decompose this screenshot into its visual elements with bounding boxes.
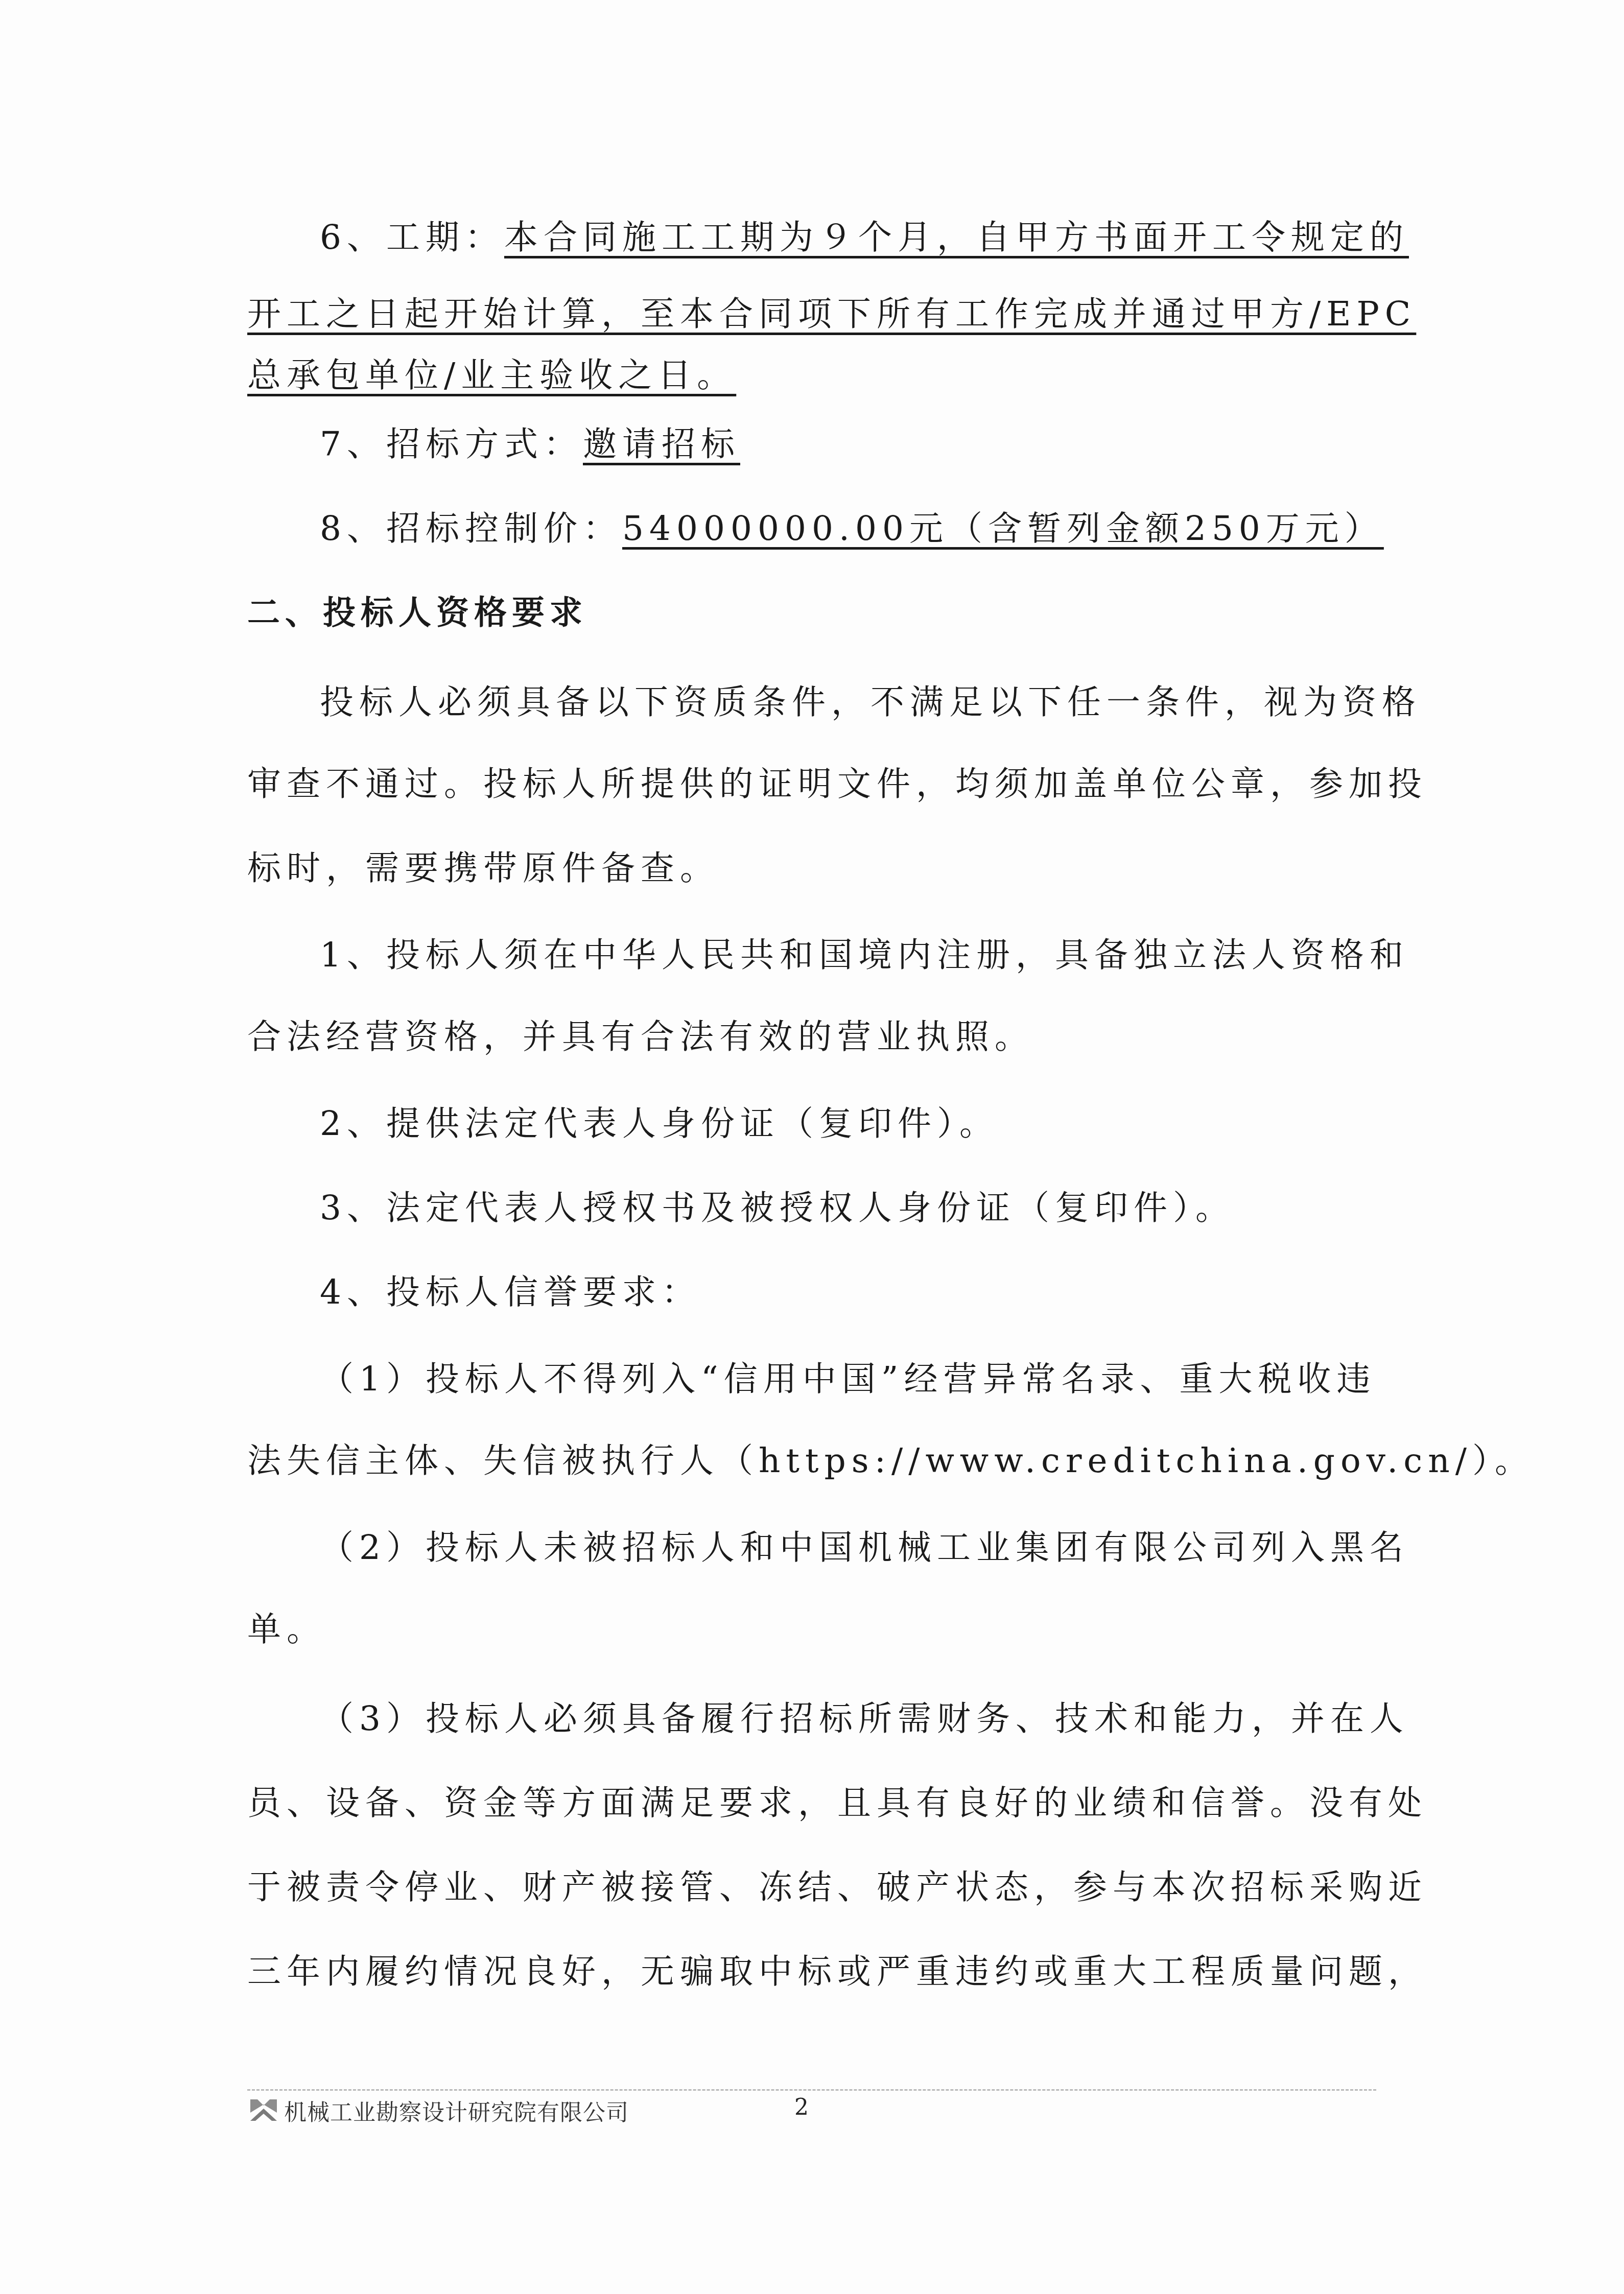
item-6-line-1: 6、工期：本合同施工工期为９个月，自甲方书面开工令规定的 xyxy=(320,215,1409,261)
requirement-1-line-2: 合法经营资格，并具有合法有效的营业执照。 xyxy=(247,1014,1034,1060)
item-7: 7、招标方式：邀请招标 xyxy=(320,421,740,467)
item-7-value: 邀请招标 xyxy=(583,424,740,464)
item-6-label: 6、工期： xyxy=(320,218,504,257)
intro-line-1: 投标人必须具备以下资质条件，不满足以下任一条件，视为资格 xyxy=(320,679,1421,725)
item-6-value-line-1: 本合同施工工期为９个月，自甲方书面开工令规定的 xyxy=(504,218,1409,257)
item-6-line-2: 开工之日起开始计算，至本合同项下所有工作完成并通过甲方/EPC xyxy=(247,291,1416,337)
sub-requirement-3-line-4: 三年内履约情况良好，无骗取中标或严重违约或重大工程质量问题， xyxy=(247,1949,1427,1995)
company-logo-icon xyxy=(248,2097,279,2123)
sub-requirement-3-line-2: 员、设备、资金等方面满足要求，且具有良好的业绩和信誉。没有处 xyxy=(247,1780,1427,1826)
requirement-2: 2、提供法定代表人身份证（复印件）。 xyxy=(320,1101,999,1147)
sub-requirement-3-line-3: 于被责令停业、财产被接管、冻结、破产状态，参与本次招标采购近 xyxy=(247,1864,1427,1910)
sub-requirement-1-line-1: （1）投标人不得列入“信用中国”经营异常名录、重大税收违 xyxy=(320,1356,1376,1402)
requirement-3: 3、法定代表人授权书及被授权人身份证（复印件）。 xyxy=(320,1185,1235,1231)
item-6-line-3: 总承包单位/业主验收之日。 xyxy=(247,352,736,398)
item-8: 8、招标控制价：54000000.00元（含暂列金额250万元） xyxy=(320,506,1384,552)
sub-requirement-2-line-2: 单。 xyxy=(247,1606,326,1652)
sub-requirement-2-line-1: （2）投标人未被招标人和中国机械工业集团有限公司列入黑名 xyxy=(320,1525,1409,1571)
intro-line-2: 审查不通过。投标人所提供的证明文件，均须加盖单位公章，参加投 xyxy=(247,761,1427,807)
sub-requirement-1-line-2: 法失信主体、失信被执行人（https://www.creditchina.gov… xyxy=(247,1438,1534,1484)
intro-line-3: 标时，需要携带原件备查。 xyxy=(247,845,719,891)
footer-company-name: 机械工业勘察设计研究院有限公司 xyxy=(284,2094,629,2127)
requirement-1-line-1: 1、投标人须在中华人民共和国境内注册，具备独立法人资格和 xyxy=(320,932,1409,978)
item-8-label: 8、招标控制价： xyxy=(320,509,622,548)
item-7-label: 7、招标方式： xyxy=(320,424,583,464)
item-6-value-line-2: 开工之日起开始计算，至本合同项下所有工作完成并通过甲方/EPC xyxy=(247,294,1416,334)
item-8-value: 54000000.00元（含暂列金额250万元） xyxy=(622,509,1384,548)
footer-divider xyxy=(247,2089,1376,2091)
requirement-4: 4、投标人信誉要求： xyxy=(320,1269,701,1315)
item-6-value-line-3: 总承包单位/业主验收之日。 xyxy=(247,356,736,395)
section-heading: 二、投标人资格要求 xyxy=(247,590,587,636)
page-number: 2 xyxy=(794,2094,809,2120)
sub-requirement-3-line-1: （3）投标人必须具备履行招标所需财务、技术和能力，并在人 xyxy=(320,1696,1409,1742)
